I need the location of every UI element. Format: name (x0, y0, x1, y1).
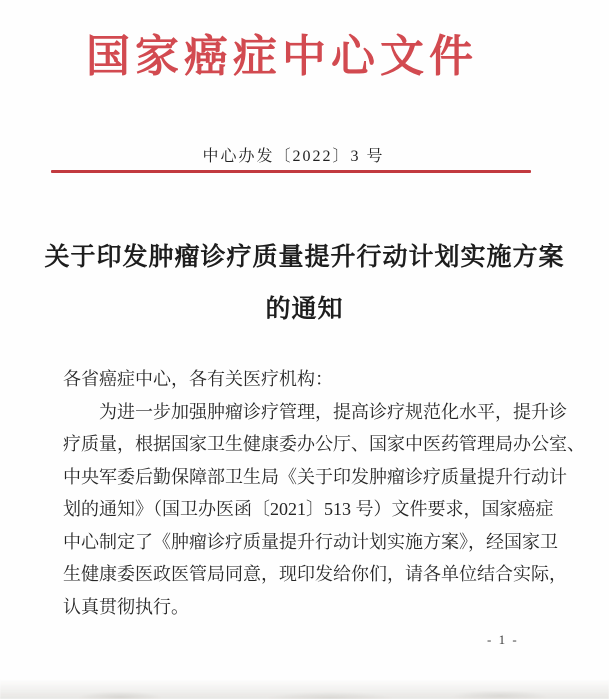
body-line: 认真贯彻执行。 (63, 591, 548, 624)
scan-artifact-bottom-shadow (0, 679, 609, 699)
document-title: 关于印发肿瘤诊疗质量提升行动计划实施方案 的通知 (0, 232, 609, 336)
body-line: 生健康委医政医管局同意，现印发给你们，请各单位结合实际， (63, 558, 548, 591)
body-line: 为进一步加强肿瘤诊疗管理，提高诊疗规范化水平，提升诊 (63, 396, 548, 429)
document-page: 国家癌症中心文件 中心办发〔2022〕3 号 关于印发肿瘤诊疗质量提升行动计划实… (0, 0, 609, 699)
body-line: 划的通知》（国卫办医函〔2021〕513 号）文件要求，国家癌症 (63, 493, 548, 526)
body-line: 疗质量，根据国家卫生健康委办公厅、国家中医药管理局办公室、 (63, 428, 548, 461)
salutation-line: 各省癌症中心，各有关医疗机构： (63, 363, 548, 396)
letterhead-divider-line (51, 170, 531, 173)
document-body: 各省癌症中心，各有关医疗机构： 为进一步加强肿瘤诊疗管理，提高诊疗规范化水平，提… (63, 363, 548, 623)
document-title-line-2: 的通知 (0, 284, 609, 336)
document-title-line-1: 关于印发肿瘤诊疗质量提升行动计划实施方案 (0, 232, 609, 284)
body-line: 中心制定了《肿瘤诊疗质量提升行动计划实施方案》，经国家卫 (63, 526, 548, 559)
body-line: 中央军委后勤保障部卫生局《关于印发肿瘤诊疗质量提升行动计 (63, 461, 548, 494)
document-number: 中心办发〔2022〕3 号 (0, 143, 587, 166)
letterhead-title: 国家癌症中心文件 (0, 20, 564, 84)
page-number: - 1 - (487, 632, 519, 648)
